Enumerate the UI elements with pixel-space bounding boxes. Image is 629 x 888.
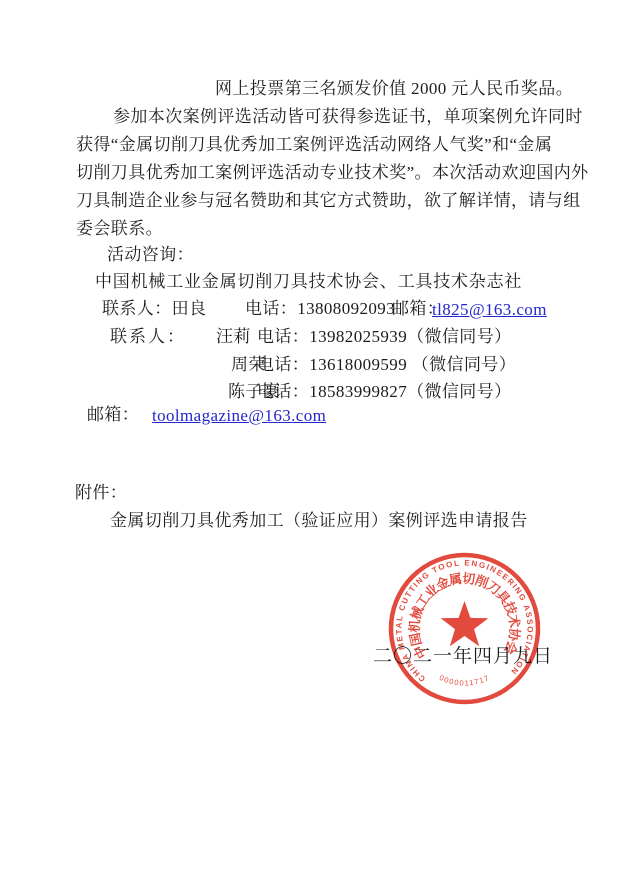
mailbox-label: 邮箱：	[87, 405, 139, 425]
contact-name: 汪莉	[216, 327, 251, 347]
paragraph-body-line-3: 切削刀具优秀加工案例评选活动专业技术奖”。本次活动欢迎国内外	[76, 163, 589, 183]
mailbox-row: 邮箱： toolmagazine@163.com	[0, 405, 629, 427]
contact-row: 联系人：田良 电话：13808092093 邮箱： tl825@163.com	[0, 299, 629, 321]
contact-phone: 电话：13618009599 （微信同号）	[257, 355, 516, 375]
paragraph-prize-line: 网上投票第三名颁发价值 2000 元人民币奖品。	[215, 79, 573, 99]
document-page: 网上投票第三名颁发价值 2000 元人民币奖品。 参加本次案例评选活动皆可获得参…	[0, 0, 629, 888]
star-icon	[441, 601, 489, 646]
contact-row: 陈子豪 电话：18583999827（微信同号）	[0, 382, 629, 404]
contact-name: 联系人：田良	[102, 299, 206, 319]
contact-label: 联系人：	[110, 327, 186, 347]
contact-phone: 电话：13808092093	[245, 299, 395, 319]
contact-row: 周荣 电话：13618009599 （微信同号）	[0, 355, 629, 377]
email-link-tl825[interactable]: tl825@163.com	[432, 300, 547, 320]
consult-label: 活动咨询：	[107, 245, 194, 265]
contact-phone: 电话：18583999827（微信同号）	[257, 382, 512, 402]
official-seal: CHINA METAL CUTTING TOOL ENGINEERING ASS…	[386, 550, 543, 707]
paragraph-body-line-5: 委会联系。	[76, 219, 163, 239]
attachment-title: 金属切削刀具优秀加工（验证应用）案例评选申请报告	[110, 511, 528, 531]
paragraph-body-line-1: 参加本次案例评选活动皆可获得参选证书，单项案例允许同时	[113, 107, 583, 127]
paragraph-body-line-2: 获得“金属切削刀具优秀加工案例评选活动网络人气奖”和“金属	[76, 135, 552, 155]
contact-row: 联系人： 汪莉 电话：13982025939（微信同号）	[0, 327, 629, 349]
email-link-toolmagazine[interactable]: toolmagazine@163.com	[152, 406, 326, 426]
contact-phone: 电话：13982025939（微信同号）	[257, 327, 512, 347]
attachment-label: 附件：	[75, 483, 127, 503]
organization-line: 中国机械工业金属切削刀具技术协会、工具技术杂志社	[95, 272, 522, 292]
paragraph-body-line-4: 刀具制造企业参与冠名赞助和其它方式赞助，欲了解详情，请与组	[76, 191, 581, 211]
